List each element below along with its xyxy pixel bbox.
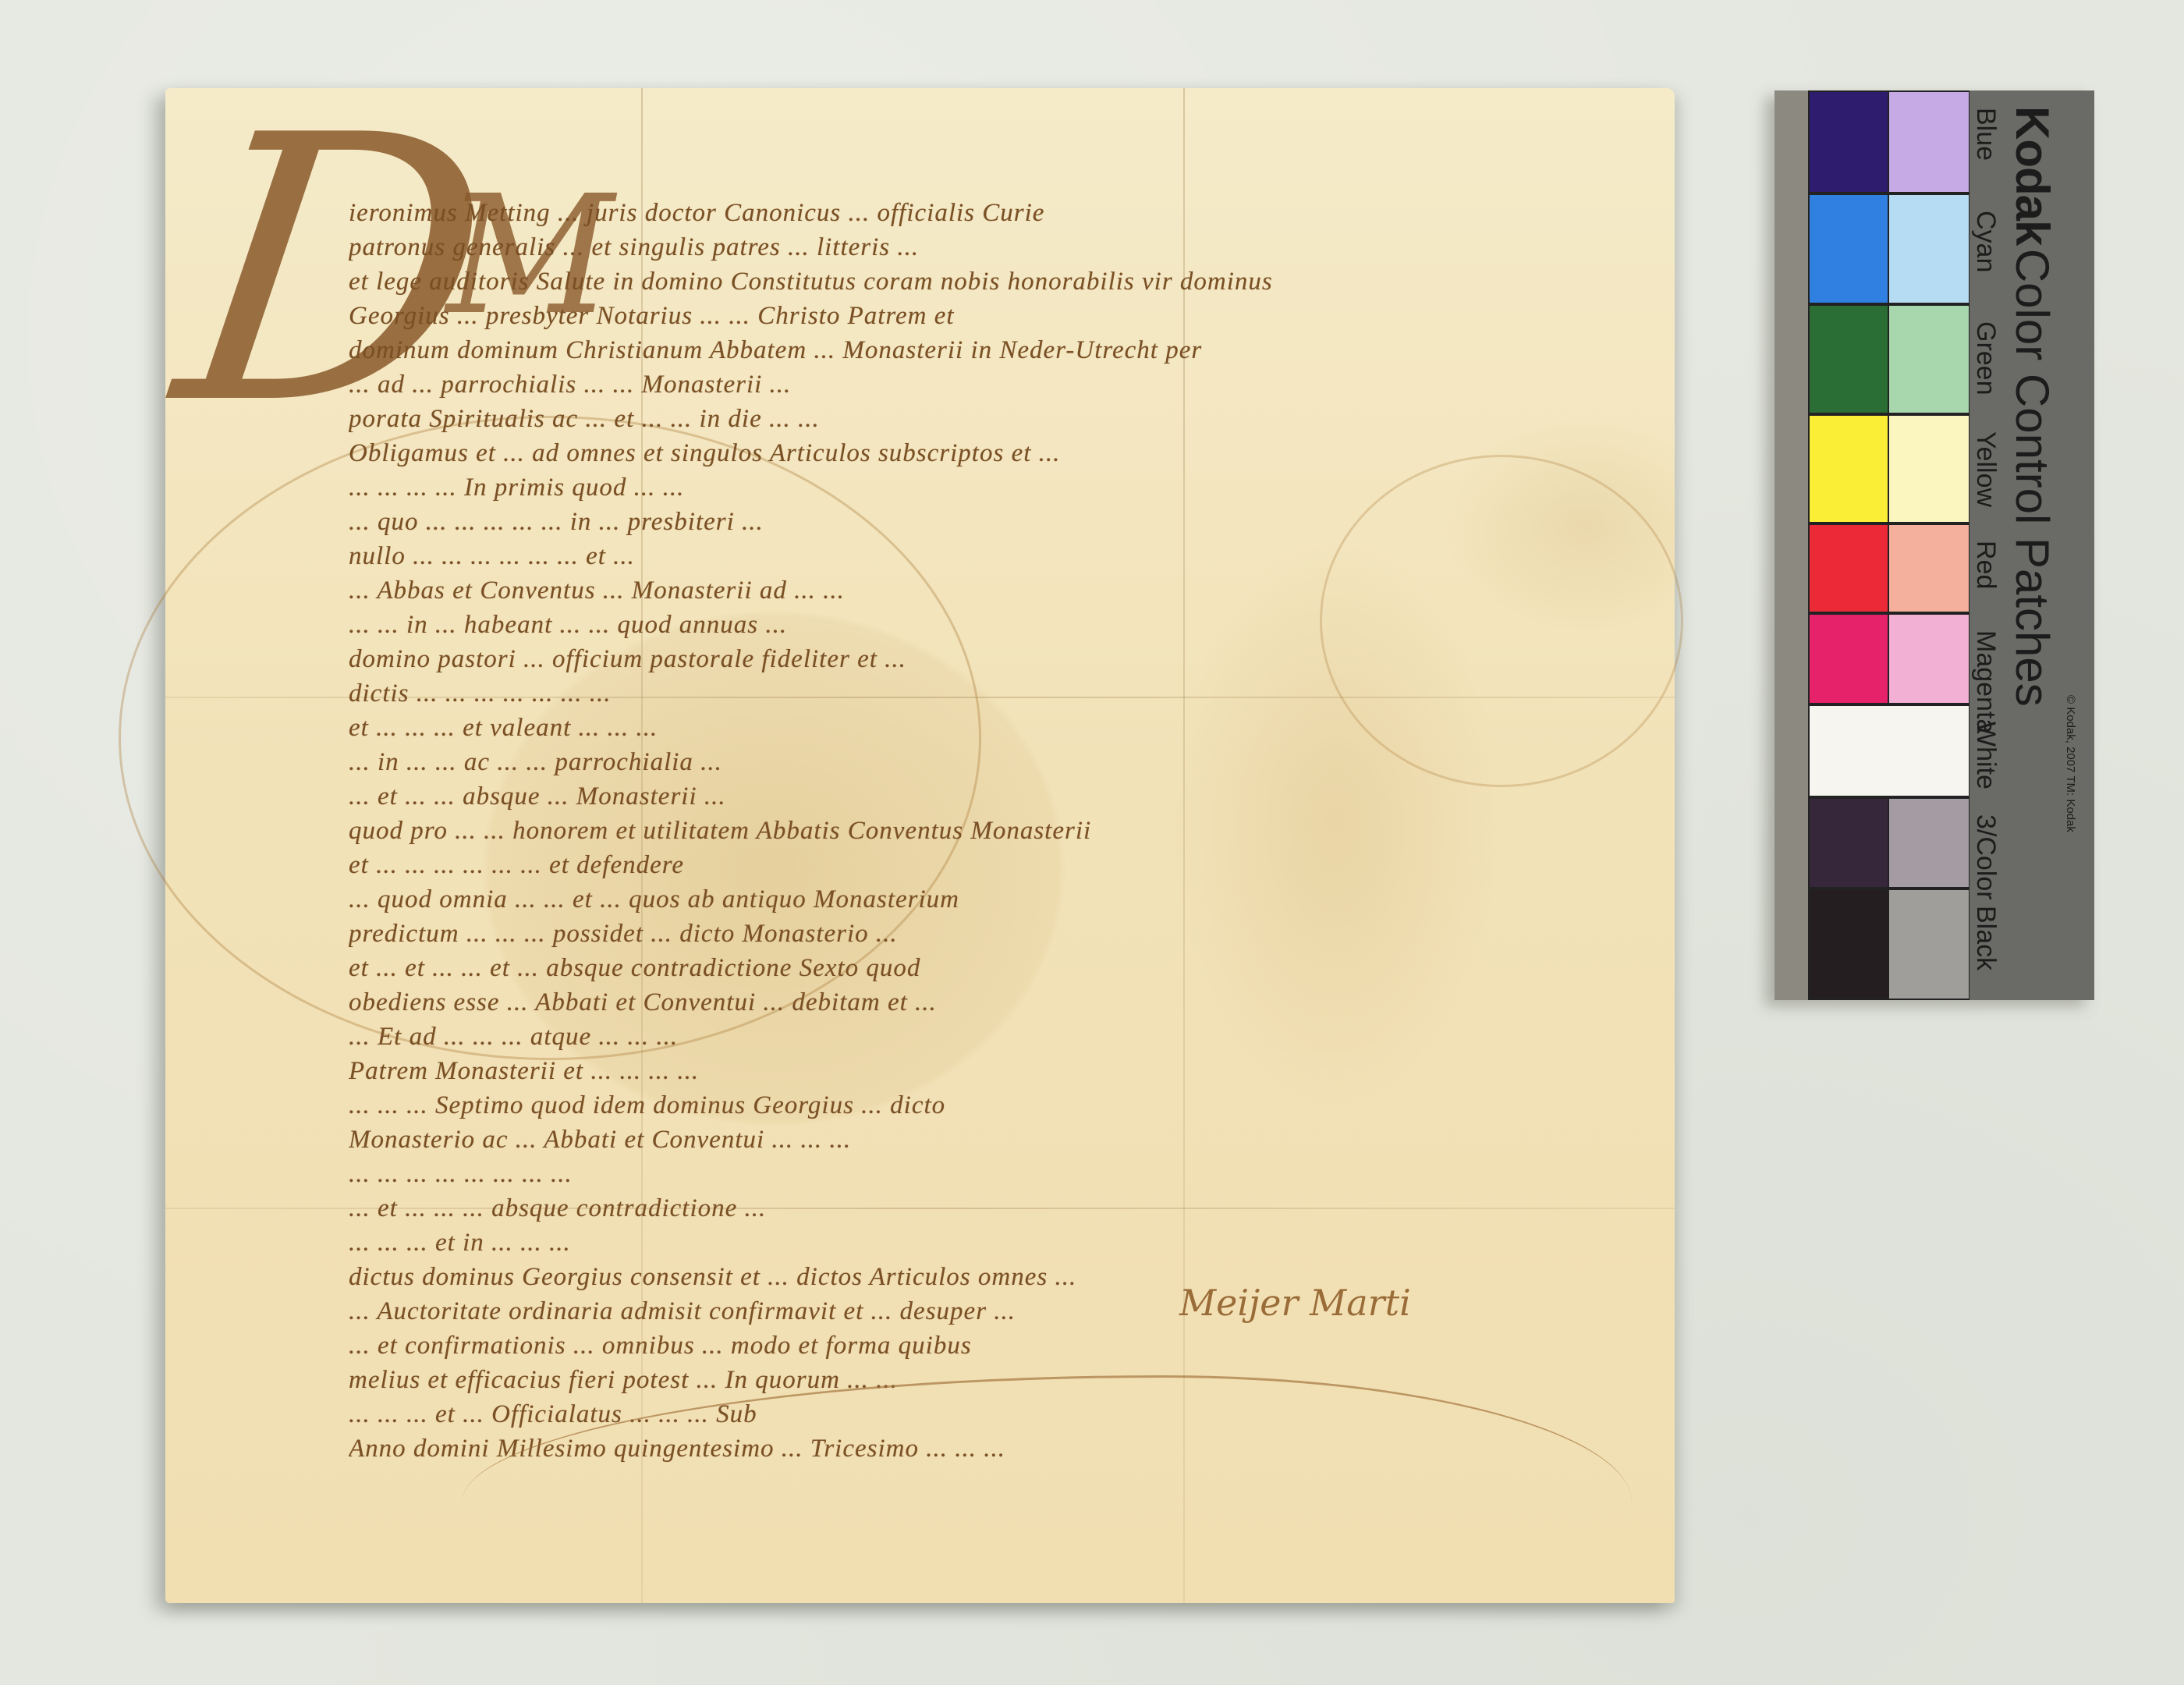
manuscript-line: nullo ... ... ... ... ... ... et ... bbox=[349, 539, 1565, 573]
patch-cyan-light bbox=[1888, 193, 1970, 304]
patch-label: Red bbox=[1970, 541, 2001, 589]
manuscript-line: dictis ... ... ... ... ... ... ... bbox=[349, 676, 1565, 711]
patch-blue-dark bbox=[1808, 90, 1889, 193]
patch-white-dark bbox=[1808, 704, 1970, 797]
patch-label: Magenta bbox=[1970, 630, 2001, 733]
kodak-logo: Kodak bbox=[2006, 106, 2058, 245]
manuscript-line: et ... ... ... et valeant ... ... ... bbox=[349, 711, 1565, 745]
patch-label: Green bbox=[1970, 321, 2001, 396]
patch-3-color-light bbox=[1888, 797, 1970, 889]
patch-label: Blue bbox=[1970, 108, 2001, 161]
manuscript-line: predictum ... ... ... possidet ... dicto… bbox=[349, 917, 1565, 951]
kodak-color-control-strip: Kodak Color Control Patches BlueCyanGree… bbox=[1774, 90, 2094, 1000]
manuscript-line: et ... ... ... ... ... ... et defendere bbox=[349, 848, 1565, 882]
manuscript-line: et lege auditoris Salute in domino Const… bbox=[349, 264, 1565, 299]
patch-red-light bbox=[1888, 523, 1970, 613]
manuscript-text: ieronimus Metting ... juris doctor Canon… bbox=[349, 196, 1565, 1466]
manuscript-line: ... ... ... Septimo quod idem dominus Ge… bbox=[349, 1088, 1565, 1123]
patch-blue-light bbox=[1888, 90, 1970, 193]
patch-yellow-light bbox=[1888, 414, 1970, 523]
manuscript-page: D M ieronimus Metting ... juris doctor C… bbox=[165, 88, 1675, 1603]
patch-red-dark bbox=[1808, 523, 1889, 613]
manuscript-line: Obligamus et ... ad omnes et singulos Ar… bbox=[349, 436, 1565, 470]
manuscript-line: ieronimus Metting ... juris doctor Canon… bbox=[349, 196, 1565, 230]
notary-signature: Meijer Marti bbox=[1179, 1282, 1411, 1324]
patch-label: Cyan bbox=[1970, 211, 2001, 272]
manuscript-line: ... ... ... ... In primis quod ... ... bbox=[349, 470, 1565, 505]
manuscript-line: ... ... ... ... ... ... ... ... bbox=[349, 1157, 1565, 1191]
manuscript-line: ... et confirmationis ... omnibus ... mo… bbox=[349, 1328, 1565, 1363]
patch-green-light bbox=[1888, 304, 1970, 414]
patch-green-dark bbox=[1808, 304, 1889, 414]
manuscript-line: Georgius ... presbyter Notarius ... ... … bbox=[349, 299, 1565, 333]
manuscript-line: ... ... in ... habeant ... ... quod annu… bbox=[349, 608, 1565, 642]
manuscript-line: ... quod omnia ... ... et ... quos ab an… bbox=[349, 882, 1565, 917]
patch-label: 3/Color bbox=[1970, 814, 2001, 900]
manuscript-line: dominum dominum Christianum Abbatem ... … bbox=[349, 333, 1565, 367]
manuscript-line: Monasterio ac ... Abbati et Conventui ..… bbox=[349, 1123, 1565, 1157]
manuscript-line: patronus generalis ... et singulis patre… bbox=[349, 230, 1565, 264]
manuscript-line: ... Abbas et Conventus ... Monasterii ad… bbox=[349, 573, 1565, 608]
manuscript-line: quod pro ... ... honorem et utilitatem A… bbox=[349, 814, 1565, 848]
manuscript-line: domino pastori ... officium pastorale fi… bbox=[349, 642, 1565, 676]
patch-label: Yellow bbox=[1970, 431, 2001, 507]
manuscript-line: ... in ... ... ac ... ... parrochialia .… bbox=[349, 745, 1565, 779]
manuscript-line: porata Spiritualis ac ... et ... ... in … bbox=[349, 402, 1565, 436]
patch-black-light bbox=[1888, 889, 1970, 1000]
patch-label: White bbox=[1970, 722, 2001, 789]
patch-magenta-dark bbox=[1808, 613, 1889, 704]
manuscript-line: obediens esse ... Abbati et Conventui ..… bbox=[349, 985, 1565, 1020]
patch-3-color-dark bbox=[1808, 797, 1889, 889]
strip-title: Kodak Color Control Patches bbox=[2005, 106, 2059, 707]
manuscript-line: ... et ... ... ... absque contradictione… bbox=[349, 1191, 1565, 1226]
manuscript-line: ... ad ... parrochialis ... ... Monaster… bbox=[349, 367, 1565, 402]
strip-title-text: Color Control Patches bbox=[2006, 249, 2058, 707]
patch-label: Black bbox=[1970, 906, 2001, 970]
patch-black-dark bbox=[1808, 889, 1889, 1000]
manuscript-line: ... quo ... ... ... ... ... in ... presb… bbox=[349, 505, 1565, 539]
manuscript-line: ... ... ... et in ... ... ... bbox=[349, 1226, 1565, 1260]
strip-label-area: Kodak Color Control Patches BlueCyanGree… bbox=[1969, 90, 2094, 1000]
manuscript-line: et ... et ... ... et ... absque contradi… bbox=[349, 951, 1565, 985]
manuscript-line: ... Et ad ... ... ... atque ... ... ... bbox=[349, 1020, 1565, 1054]
manuscript-line: ... et ... ... absque ... Monasterii ... bbox=[349, 779, 1565, 814]
manuscript-line: Patrem Monasterii et ... ... ... ... bbox=[349, 1054, 1565, 1088]
patch-yellow-dark bbox=[1808, 414, 1889, 523]
strip-edge bbox=[1774, 90, 1809, 1000]
copyright-notice: © Kodak, 2007 TM: Kodak bbox=[2064, 695, 2077, 832]
patch-cyan-dark bbox=[1808, 193, 1889, 304]
patch-magenta-light bbox=[1888, 613, 1970, 704]
